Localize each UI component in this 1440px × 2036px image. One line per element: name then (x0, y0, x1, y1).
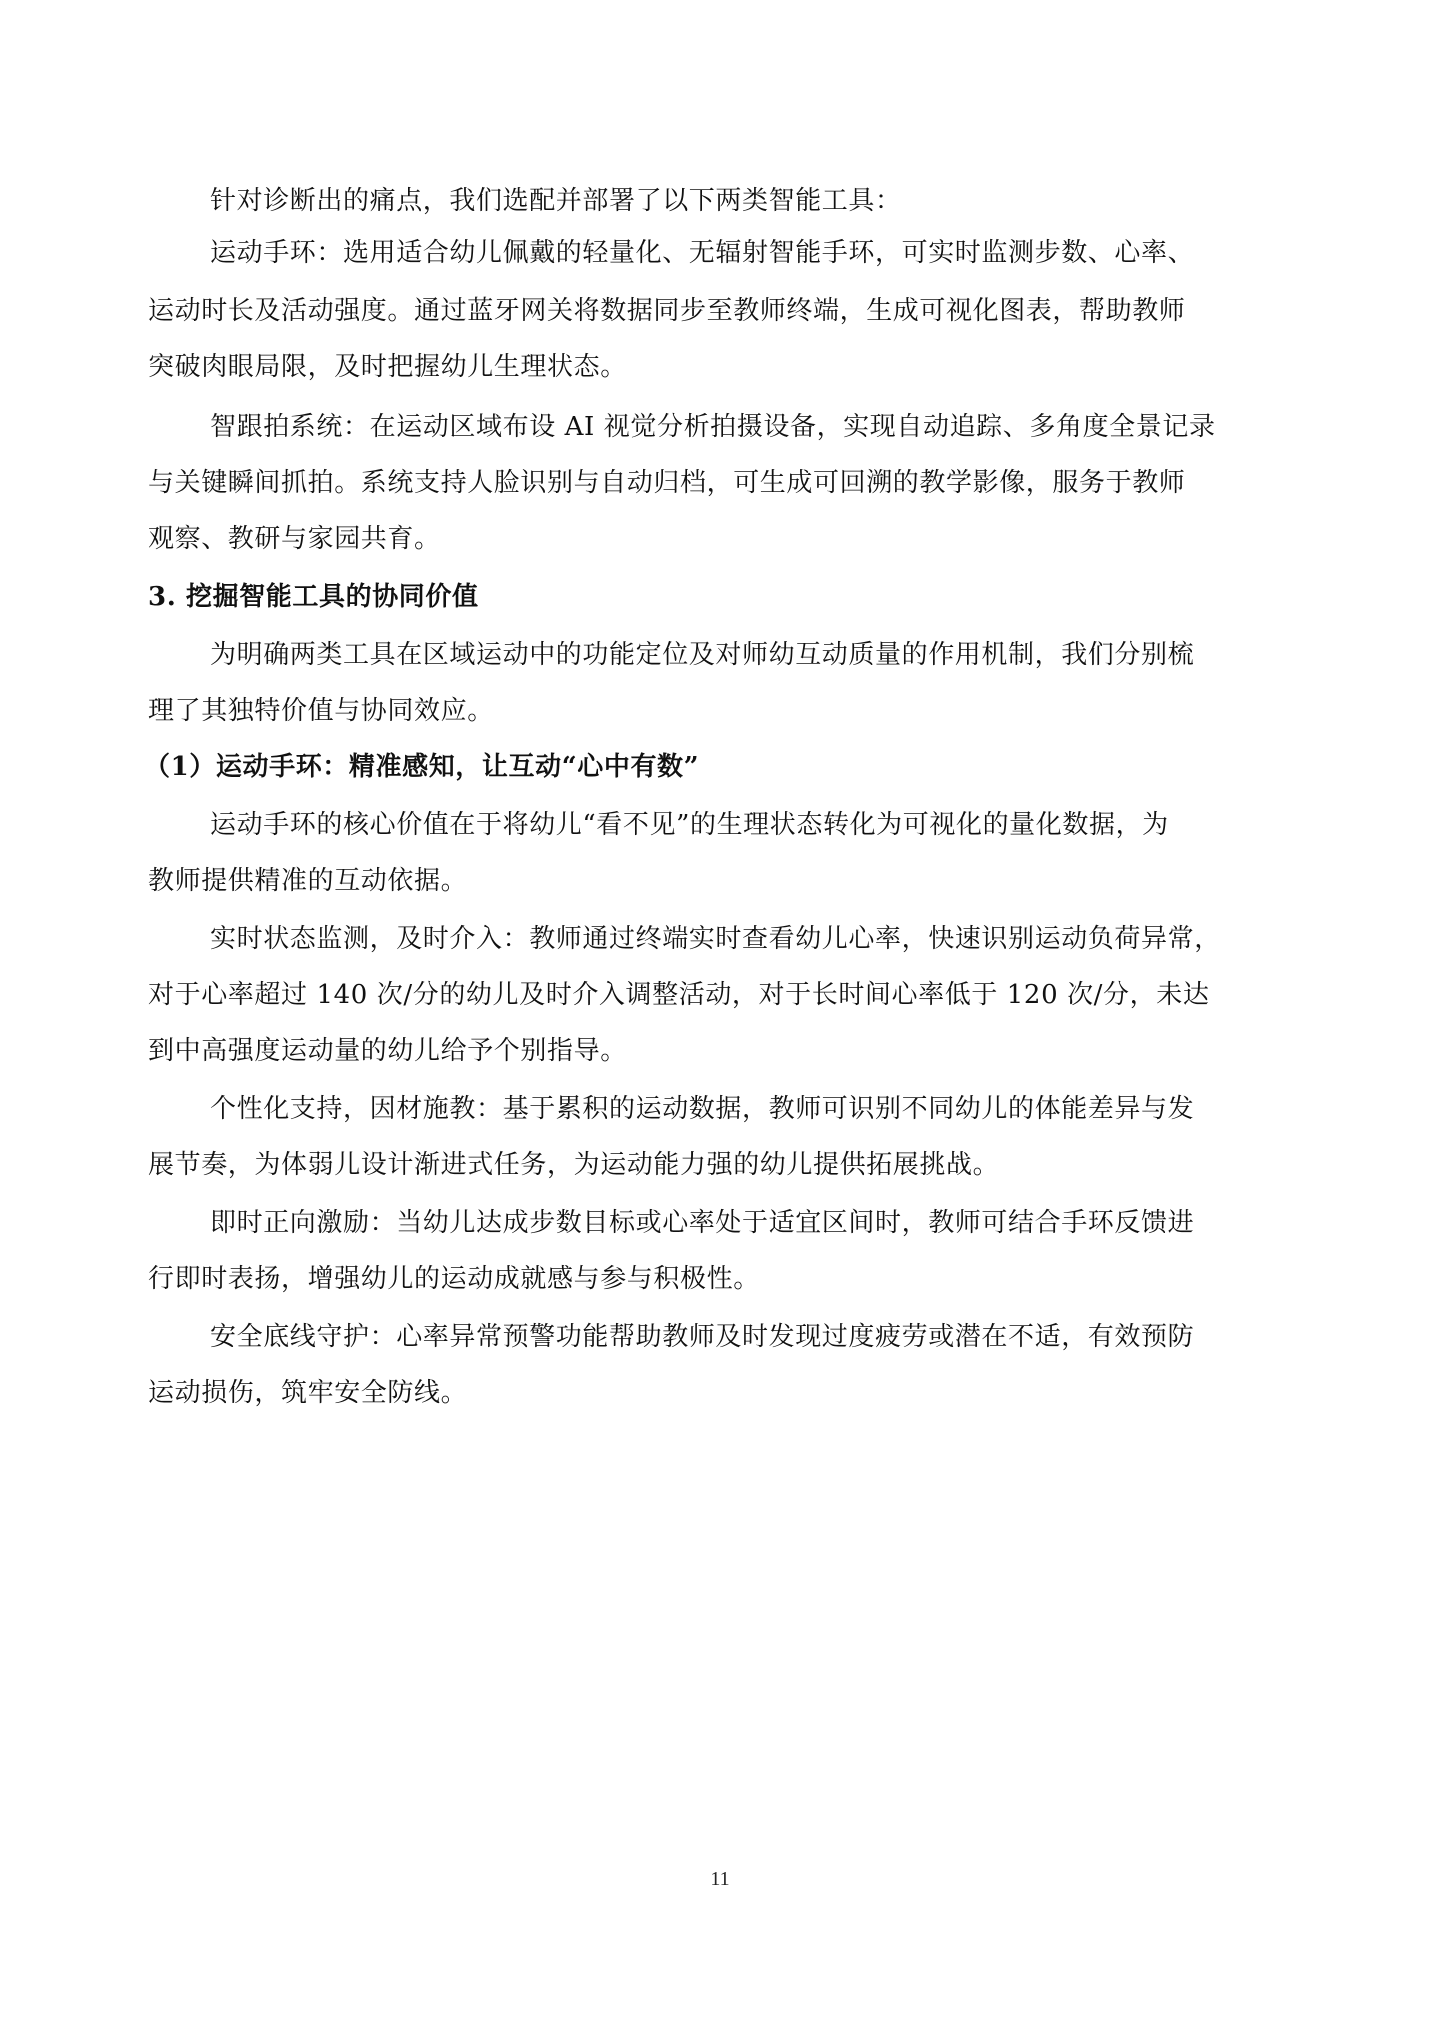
paragraph-personalized-line-2: 展节奏，为体弱儿设计渐进式任务，为运动能力强的幼儿提供拓展挑战。 (148, 1150, 999, 1180)
paragraph-core-value-line-1: 运动手环的核心价值在于将幼儿“看不见”的生理状态转化为可视化的量化数据，为 (210, 810, 1169, 840)
paragraph-wristband-line-2: 运动时长及活动强度。通过蓝牙网关将数据同步至教师终端，生成可视化图表，帮助教师 (148, 296, 1185, 326)
paragraph-safety-line-1: 安全底线守护：心率异常预警功能帮助教师及时发现过度疲劳或潜在不适，有效预防 (210, 1322, 1194, 1352)
paragraph-monitoring-line-3: 到中高强度运动量的幼儿给予个别指导。 (148, 1036, 627, 1066)
subsection-heading-1: （1）运动手环：精准感知，让互动“心中有数” (144, 752, 699, 782)
page-number: 11 (0, 1868, 1440, 1891)
paragraph-camera-line-2: 与关键瞬间抓拍。系统支持人脸识别与自动归档，可生成可回溯的教学影像，服务于教师 (148, 468, 1185, 498)
paragraph-personalized-line-1: 个性化支持，因材施教：基于累积的运动数据，教师可识别不同幼儿的体能差异与发 (210, 1094, 1194, 1124)
paragraph-synergy-line-1: 为明确两类工具在区域运动中的功能定位及对师幼互动质量的作用机制，我们分别梳 (210, 640, 1194, 670)
paragraph-camera-line-1: 智跟拍系统：在运动区域布设 AI 视觉分析拍摄设备，实现自动追踪、多角度全景记录 (210, 412, 1216, 442)
paragraph-intro-line-1: 针对诊断出的痛点，我们选配并部署了以下两类智能工具： (210, 186, 902, 216)
paragraph-monitoring-line-2: 对于心率超过 140 次/分的幼儿及时介入调整活动，对于长时间心率低于 120 … (148, 980, 1209, 1010)
paragraph-wristband-line-3: 突破肉眼局限，及时把握幼儿生理状态。 (148, 352, 627, 382)
paragraph-incentive-line-2: 行即时表扬，增强幼儿的运动成就感与参与积极性。 (148, 1264, 760, 1294)
paragraph-synergy-line-2: 理了其独特价值与协同效应。 (148, 696, 494, 726)
paragraph-monitoring-line-1: 实时状态监测，及时介入：教师通过终端实时查看幼儿心率，快速识别运动负荷异常， (210, 924, 1221, 954)
paragraph-camera-line-3: 观察、教研与家园共育。 (148, 524, 441, 554)
paragraph-incentive-line-1: 即时正向激励：当幼儿达成步数目标或心率处于适宜区间时，教师可结合手环反馈进 (210, 1208, 1194, 1238)
paragraph-wristband-line-1: 运动手环：选用适合幼儿佩戴的轻量化、无辐射智能手环，可实时监测步数、心率、 (210, 238, 1194, 268)
paragraph-core-value-line-2: 教师提供精准的互动依据。 (148, 866, 467, 896)
paragraph-safety-line-2: 运动损伤，筑牢安全防线。 (148, 1378, 467, 1408)
section-heading-3: 3. 挖掘智能工具的协同价值 (148, 582, 479, 612)
